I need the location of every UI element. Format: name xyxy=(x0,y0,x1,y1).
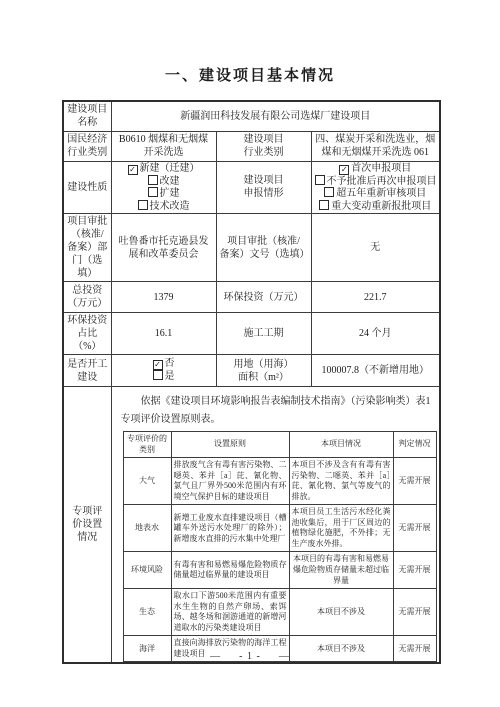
row-ratio-period: 环保投资 占比 （%） 16.1 施工工期 24 个月 xyxy=(63,313,440,355)
value-economy-industry: B0610 烟煤和无烟煤开采洗选 xyxy=(111,131,216,161)
cell-principle: 排放废气含有毒有害污染物、二噁英、苯并［a］芘、氰化物、氯气且厂界外500米范围… xyxy=(171,458,289,505)
label-special-eval: 专项评 价设置 情况 xyxy=(63,387,111,664)
document-page: 一、建设项目基本情况 建设项目 名称 新疆润田科技发展有限公司选煤厂建设项目 国… xyxy=(0,0,500,707)
footer-page-num: - 1 - xyxy=(239,651,261,662)
basic-info-table: 建设项目 名称 新疆润田科技发展有限公司选煤厂建设项目 国民经济 行业类别 B0… xyxy=(62,100,441,664)
row-started-land: 是否开工 建设 ✓否 是 用地（用海） 面积（m²） 100007.8（不新增用… xyxy=(63,355,440,387)
row-project-name: 建设项目 名称 新疆润田科技发展有限公司选煤厂建设项目 xyxy=(63,101,440,131)
label-env-ratio: 环保投资 占比 （%） xyxy=(63,313,111,355)
label-economy-industry: 国民经济 行业类别 xyxy=(63,131,111,161)
declaration-options: ✓首次申报项目 不予批准后再次申报项目 超五年重新审核项目 重大变动重新报批项目 xyxy=(311,161,440,214)
page-number: —- 1 -— xyxy=(0,651,500,662)
checkbox-unchecked-icon xyxy=(153,370,163,380)
row-industry: 国民经济 行业类别 B0610 烟煤和无烟煤开采洗选 建设项目 行业类别 四、煤… xyxy=(63,131,440,161)
label-project-industry: 建设项目 行业类别 xyxy=(216,131,311,161)
cell-category: 大气 xyxy=(123,458,171,505)
nature-options: ✓新建（迁建） 改建 扩建 技术改造 xyxy=(111,161,216,214)
value-project-name: 新疆润田科技发展有限公司选煤厂建设项目 xyxy=(111,101,440,131)
row-approval: 项目审批 （核准/ 备案）部 门（选 填） 吐鲁番市托克逊县发展和改革委员会 项… xyxy=(63,214,440,282)
cell-project: 本项目不涉及 xyxy=(289,589,393,636)
page-title: 一、建设项目基本情况 xyxy=(0,64,500,85)
value-total-investment: 1379 xyxy=(111,282,216,313)
value-env-investment: 221.7 xyxy=(311,282,440,313)
value-land-area: 100007.8（不新增用地） xyxy=(311,355,440,387)
cell-judgement: 无需开展 xyxy=(393,505,436,552)
checkbox-unchecked-icon xyxy=(138,200,148,210)
checkbox-checked-icon: ✓ xyxy=(128,165,138,175)
checkbox-unchecked-icon xyxy=(315,175,325,185)
col-header-project: 本项目情况 xyxy=(289,432,393,458)
checkbox-label: 扩建 xyxy=(160,188,180,199)
value-env-ratio: 16.1 xyxy=(111,313,216,355)
table-row-surface-water: 地表水 新增工业废水直排建设项目（槽罐车外送污水处理厂的除外）；新增废水直排的污… xyxy=(123,505,436,552)
cell-judgement: 无需开展 xyxy=(393,589,436,636)
table-row-env-risk: 环境风险 有毒有害和易燃易爆危险物质存储量超过临界量的建设项目 本项目的有毒有害… xyxy=(123,552,436,589)
checkbox-unchecked-icon xyxy=(324,187,334,197)
started-options: ✓否 是 xyxy=(111,355,216,387)
col-header-principle: 设置原则 xyxy=(171,432,289,458)
footer-dash-right: — xyxy=(279,651,290,662)
cell-principle: 新增工业废水直排建设项目（槽罐车外送污水处理厂的除外）；新增废水直排的污水集中处… xyxy=(171,505,289,552)
checkbox-unchecked-icon xyxy=(148,187,158,197)
checkbox-label: 新建（迁建） xyxy=(140,163,200,174)
checkbox-checked-icon: ✓ xyxy=(339,165,349,175)
table-row-ecology: 生态 取水口下游500米范围内有重要水生生物的自然产卵场、索饵场、越冬场和洄游通… xyxy=(123,589,436,636)
table-row-air: 大气 排放废气含有毒有害污染物、二噁英、苯并［a］芘、氰化物、氯气且厂界外500… xyxy=(123,458,436,505)
checkbox-option: 技术改造 xyxy=(115,200,213,213)
checkbox-unchecked-icon xyxy=(319,200,329,210)
checkbox-option: 改建 xyxy=(115,175,213,188)
checkbox-option: 不予批准后再次申报项目 xyxy=(315,175,437,188)
checkbox-option: 超五年重新审核项目 xyxy=(315,187,437,200)
footer-dash-left: — xyxy=(210,651,221,662)
label-construction-period: 施工工期 xyxy=(216,313,311,355)
checkbox-checked-icon: ✓ xyxy=(153,360,163,370)
row-investment: 总投资 （万元） 1379 环保投资（万元） 221.7 xyxy=(63,282,440,313)
label-total-investment: 总投资 （万元） xyxy=(63,282,111,313)
special-eval-intro: 依据《建设项目环境影响报告表编制技术指南》（污染影响类）表1 专项评价设置原则表… xyxy=(121,393,434,429)
cell-principle: 取水口下游500米范围内有重要水生生物的自然产卵场、索饵场、越冬场和洄游通道的新… xyxy=(171,589,289,636)
label-env-investment: 环保投资（万元） xyxy=(216,282,311,313)
label-declaration: 建设项目 申报情形 xyxy=(216,161,311,214)
cell-category: 环境风险 xyxy=(123,552,171,589)
checkbox-label: 不予批准后再次申报项目 xyxy=(327,176,437,187)
col-header-judgement: 判定情况 xyxy=(393,432,436,458)
row-nature: 建设性质 ✓新建（迁建） 改建 扩建 技术改造 建设项目 申报情形 ✓首次申报项… xyxy=(63,161,440,214)
checkbox-unchecked-icon xyxy=(148,175,158,185)
checkbox-option: ✓否 xyxy=(115,358,213,370)
row-special-eval: 专项评 价设置 情况 依据《建设项目环境影响报告表编制技术指南》（污染影响类）表… xyxy=(63,387,440,664)
cell-judgement: 无需开展 xyxy=(393,458,436,505)
cell-category: 生态 xyxy=(123,589,171,636)
label-approval-dept: 项目审批 （核准/ 备案）部 门（选 填） xyxy=(63,214,111,282)
special-eval-table: 专项评价的类别 设置原则 本项目情况 判定情况 大气 排放废气含有毒有害污染物、… xyxy=(123,431,437,662)
cell-judgement: 无需开展 xyxy=(393,552,436,589)
cell-principle: 有毒有害和易燃易爆危险物质存储量超过临界量的建设项目 xyxy=(171,552,289,589)
checkbox-label: 否 xyxy=(165,358,175,369)
checkbox-label: 首次申报项目 xyxy=(351,163,411,174)
checkbox-label: 是 xyxy=(165,371,175,382)
cell-project: 本项目的有毒有害和易燃易爆危险物质存储量未超过临界量 xyxy=(289,552,393,589)
checkbox-option: 重大变动重新报批项目 xyxy=(315,200,437,213)
col-header-category: 专项评价的类别 xyxy=(123,432,171,458)
checkbox-option: ✓新建（迁建） xyxy=(115,163,213,175)
cell-category: 地表水 xyxy=(123,505,171,552)
cell-project: 本项目不涉及含有有毒有害污染物、二噁英、苯并［a］芘、氰化物、氯气等废气的排放。 xyxy=(289,458,393,505)
cell-project: 本项目员工生活污水经化粪池收集后，用于厂区周边的植物绿化施肥，不外排；无生产废水… xyxy=(289,505,393,552)
value-construction-period: 24 个月 xyxy=(311,313,440,355)
checkbox-label: 超五年重新审核项目 xyxy=(336,188,426,199)
label-project-name: 建设项目 名称 xyxy=(63,101,111,131)
value-approval-dept: 吐鲁番市托克逊县发展和改革委员会 xyxy=(111,214,216,282)
checkbox-option: 是 xyxy=(115,370,213,383)
checkbox-option: 扩建 xyxy=(115,187,213,200)
special-eval-cell: 依据《建设项目环境影响报告表编制技术指南》（污染影响类）表1 专项评价设置原则表… xyxy=(111,387,440,664)
checkbox-label: 改建 xyxy=(160,176,180,187)
value-project-industry: 四、煤炭开采和洗选业，烟煤和无烟煤开采洗选 061 xyxy=(311,131,440,161)
checkbox-option: ✓首次申报项目 xyxy=(315,163,437,175)
label-land-area: 用地（用海） 面积（m²） xyxy=(216,355,311,387)
label-approval-doc: 项目审批（核准/ 备案）文号（选填） xyxy=(216,214,311,282)
value-approval-doc: 无 xyxy=(311,214,440,282)
label-construction-nature: 建设性质 xyxy=(63,161,111,214)
checkbox-label: 技术改造 xyxy=(150,201,190,212)
checkbox-label: 重大变动重新报批项目 xyxy=(331,201,431,212)
special-eval-header-row: 专项评价的类别 设置原则 本项目情况 判定情况 xyxy=(123,432,436,458)
label-started: 是否开工 建设 xyxy=(63,355,111,387)
